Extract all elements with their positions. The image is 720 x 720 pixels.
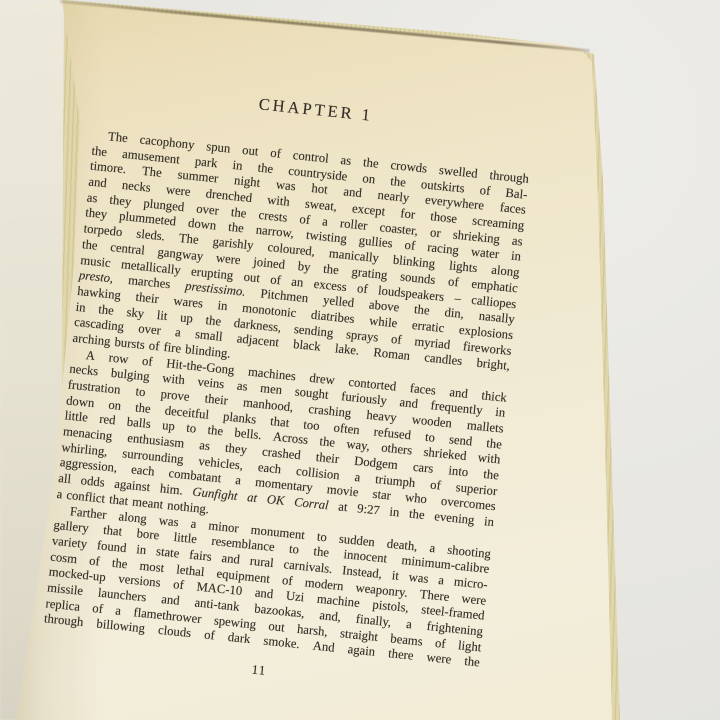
page-text-block: CHAPTER 1 The cacophony spun out of cont…: [40, 78, 534, 700]
text-column: The cacophony spun out of control as the…: [43, 128, 529, 672]
book-photo-scene: CHAPTER 1 The cacophony spun out of cont…: [0, 0, 720, 720]
